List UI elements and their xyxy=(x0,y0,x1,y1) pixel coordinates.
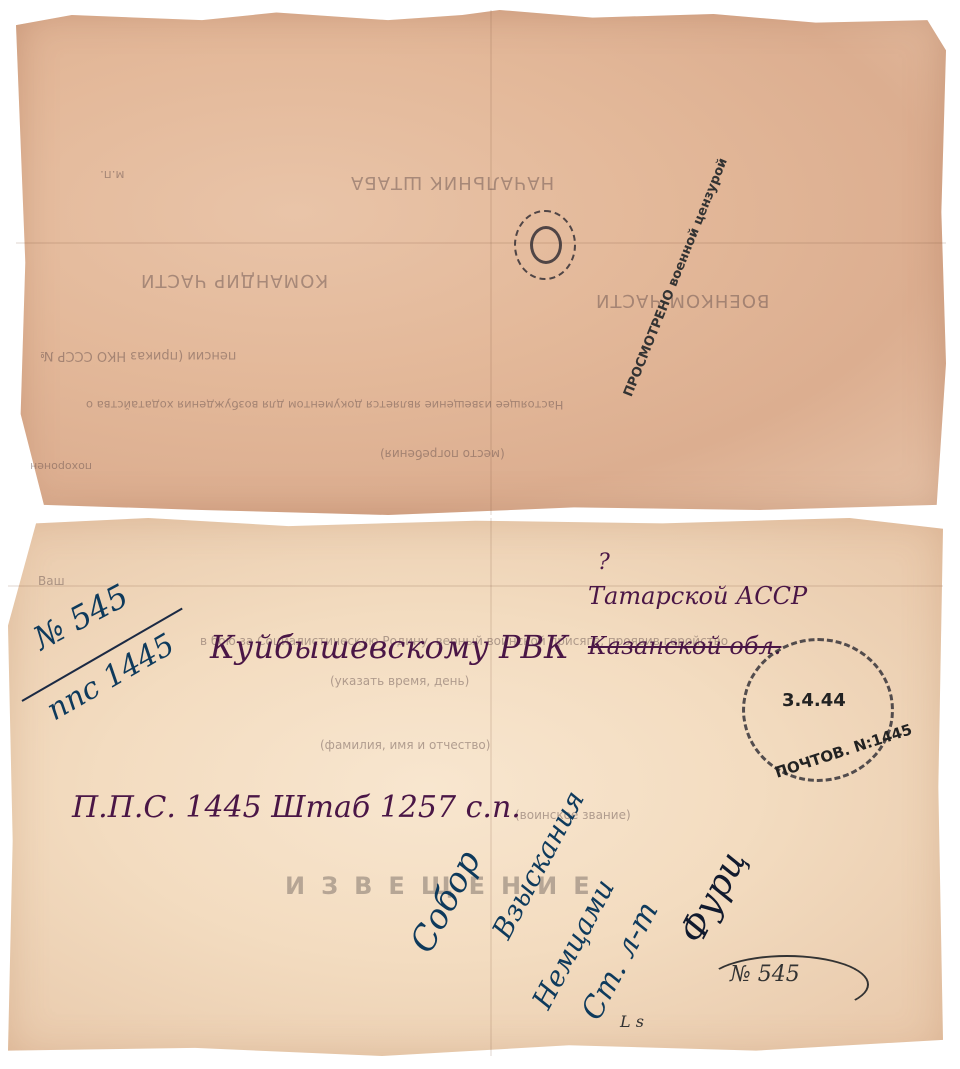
printed-commissar-label: ВОЕНКОМ ЧАСТИ xyxy=(595,290,769,311)
printed-caption-time: (указать время, день) xyxy=(330,674,469,688)
printed-statement: Настоящее извещение является документом … xyxy=(86,398,563,412)
postmark-date: 3.4.44 xyxy=(782,690,846,711)
handwritten-correction-mark: ? xyxy=(598,550,610,575)
printed-fragment: похоронен xyxy=(30,460,92,473)
printed-to-label: Ваш xyxy=(38,574,65,588)
printed-order-ref: пенсии (приказ НКО СССР № xyxy=(40,348,236,363)
printed-caption-name: (фамилия, имя и отчество) xyxy=(320,738,490,752)
handwritten-region-new: Татарской АССР xyxy=(588,582,807,610)
printed-burial-label: (место погребения) xyxy=(380,447,505,461)
handwritten-oval-number: № 545 xyxy=(730,962,800,987)
handwritten-recipient: Куйбышевскому РВК xyxy=(210,628,569,666)
printed-header-chief-of-staff: НАЧАЛЬНИК ШТАБА xyxy=(350,172,554,193)
printed-mark: м.п. xyxy=(100,168,125,182)
fold-line xyxy=(490,10,492,515)
document-top-half xyxy=(16,10,946,515)
fold-line xyxy=(490,518,492,1056)
round-stamp-inner xyxy=(530,226,562,264)
fold-line xyxy=(16,242,946,244)
printed-commander-label: КОМАНДИР ЧАСТИ xyxy=(140,270,328,291)
handwritten-region-crossed: Казанской обл. xyxy=(588,632,781,660)
handwritten-sender: П.П.С. 1445 Штаб 1257 с.п. xyxy=(72,790,521,825)
handwritten-small-mark: L s xyxy=(620,1012,644,1031)
